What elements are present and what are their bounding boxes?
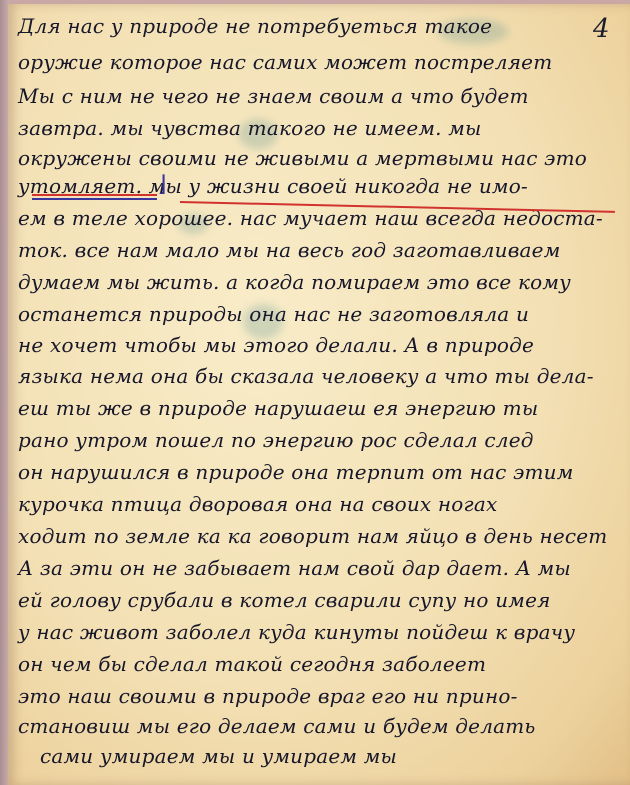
text-line-13: еш ты же в природе нарушаеш ея энергию т…	[18, 396, 538, 420]
text-line-15: он нарушился в природе она терпит от нас…	[18, 460, 574, 484]
blue-underline-word	[32, 198, 157, 200]
text-line-23: становиш мы его делаем сами и будем дела…	[18, 714, 536, 738]
text-line-4: завтра. мы чувства такого не имеем. мы	[18, 116, 482, 140]
text-line-11: не хочет чтобы мы этого делали. А в прир…	[18, 333, 534, 357]
text-line-1: Для нас у природе не потребуеться такое	[18, 14, 492, 38]
red-underline-word	[32, 194, 157, 196]
blue-bracket-mark: ⌋	[158, 172, 167, 197]
text-line-21: он чем бы сделал такой сегодня заболеет	[18, 652, 486, 676]
text-line-12: языка нема она бы сказала человеку а что…	[18, 364, 594, 388]
text-line-18: А за эти он не забывает нам свой дар дае…	[18, 556, 571, 580]
text-line-8: ток. все нам мало мы на весь год заготав…	[18, 238, 560, 262]
text-line-9: думаем мы жить. а когда помираем это все…	[18, 270, 571, 294]
text-line-14: рано утром пошел по энергию рос сделал с…	[18, 428, 534, 452]
text-line-20: у нас живот заболел куда кинуты пойдеш к…	[18, 620, 575, 644]
text-line-2: оружие которое нас самих может постреляе…	[18, 50, 552, 74]
text-line-24: сами умираем мы и умираем мы	[40, 744, 397, 768]
text-line-10: останется природы она нас не заготовляла…	[18, 302, 529, 326]
text-line-3: Мы с ним не чего не знаем своим а что бу…	[18, 84, 529, 108]
text-line-19: ей голову срубали в котел сварили супу н…	[18, 588, 551, 612]
page-number: 4	[593, 14, 610, 44]
text-line-17: ходит по земле ка ка говорит нам яйцо в …	[18, 524, 607, 548]
text-line-16: курочка птица дворовая она на своих нога…	[18, 492, 497, 516]
text-line-22: это наш своими в природе враг его ни при…	[18, 684, 518, 708]
text-line-5: окружены своими не живыми а мертвыми нас…	[18, 146, 587, 170]
